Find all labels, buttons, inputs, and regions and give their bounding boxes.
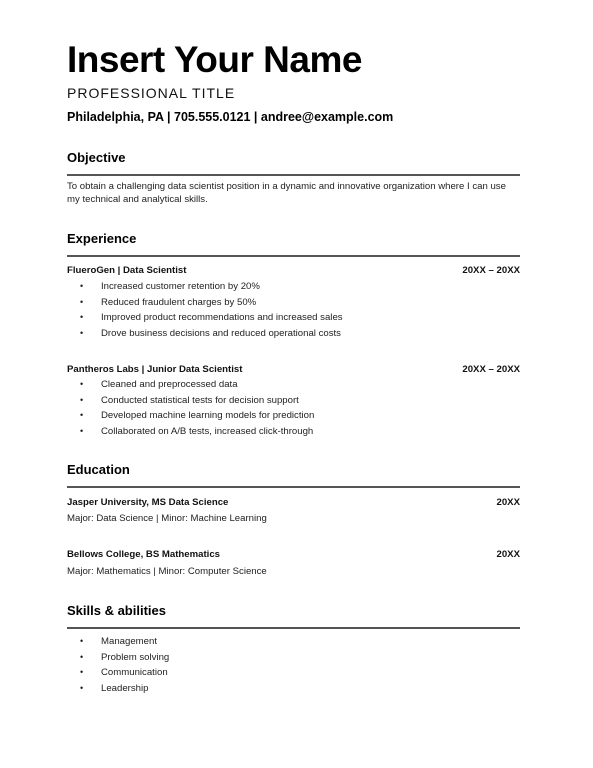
section-divider bbox=[67, 627, 520, 629]
professional-title: PROFESSIONAL TITLE bbox=[67, 84, 235, 102]
bullet-icon: • bbox=[80, 279, 83, 295]
job-dates: 20XX – 20XX bbox=[462, 265, 520, 277]
list-item: •Increased customer retention by 20% bbox=[67, 279, 343, 295]
job-title: Pantheros Labs | Junior Data Scientist bbox=[67, 364, 242, 375]
job-dates: 20XX – 20XX bbox=[462, 364, 520, 376]
bullet-icon: • bbox=[80, 424, 83, 440]
bullet-icon: • bbox=[80, 310, 83, 326]
job-bullets: •Cleaned and preprocessed data •Conducte… bbox=[67, 377, 314, 439]
degree: Jasper University, MS Data Science bbox=[67, 497, 228, 508]
objective-text: To obtain a challenging data scientist p… bbox=[67, 181, 520, 206]
list-item: •Developed machine learning models for p… bbox=[67, 408, 314, 424]
section-divider bbox=[67, 255, 520, 257]
list-item: •Problem solving bbox=[67, 650, 169, 666]
list-item: •Collaborated on A/B tests, increased cl… bbox=[67, 424, 314, 440]
degree: Bellows College, BS Mathematics bbox=[67, 549, 220, 560]
job-entry-header: Pantheros Labs | Junior Data Scientist 2… bbox=[67, 364, 520, 376]
job-entry-header: FlueroGen | Data Scientist 20XX – 20XX bbox=[67, 265, 520, 277]
skills-list: •Management •Problem solving •Communicat… bbox=[67, 634, 169, 696]
section-divider bbox=[67, 486, 520, 488]
bullet-icon: • bbox=[80, 665, 83, 681]
list-item: •Improved product recommendations and in… bbox=[67, 310, 343, 326]
list-item: •Reduced fraudulent charges by 50% bbox=[67, 295, 343, 311]
graduation-year: 20XX bbox=[497, 549, 520, 561]
bullet-icon: • bbox=[80, 681, 83, 697]
bullet-icon: • bbox=[80, 326, 83, 342]
list-item: •Leadership bbox=[67, 681, 169, 697]
school-detail: Major: Data Science | Minor: Machine Lea… bbox=[67, 513, 267, 525]
graduation-year: 20XX bbox=[497, 497, 520, 509]
list-item: •Management bbox=[67, 634, 169, 650]
bullet-icon: • bbox=[80, 650, 83, 666]
list-item: •Drove business decisions and reduced op… bbox=[67, 326, 343, 342]
bullet-icon: • bbox=[80, 408, 83, 424]
school-detail: Major: Mathematics | Minor: Computer Sci… bbox=[67, 566, 267, 578]
job-title: FlueroGen | Data Scientist bbox=[67, 265, 186, 276]
list-item: •Conducted statistical tests for decisio… bbox=[67, 393, 314, 409]
section-divider bbox=[67, 174, 520, 176]
candidate-name: Insert Your Name bbox=[67, 38, 362, 82]
job-bullets: •Increased customer retention by 20% •Re… bbox=[67, 279, 343, 341]
experience-heading: Experience bbox=[67, 231, 136, 247]
bullet-icon: • bbox=[80, 393, 83, 409]
school-entry-header: Bellows College, BS Mathematics 20XX bbox=[67, 549, 520, 561]
school-entry-header: Jasper University, MS Data Science 20XX bbox=[67, 497, 520, 509]
bullet-icon: • bbox=[80, 295, 83, 311]
education-heading: Education bbox=[67, 462, 130, 478]
objective-heading: Objective bbox=[67, 150, 126, 166]
list-item: •Communication bbox=[67, 665, 169, 681]
list-item: •Cleaned and preprocessed data bbox=[67, 377, 314, 393]
skills-heading: Skills & abilities bbox=[67, 603, 166, 619]
bullet-icon: • bbox=[80, 634, 83, 650]
contact-info: Philadelphia, PA | 705.555.0121 | andree… bbox=[67, 108, 393, 126]
bullet-icon: • bbox=[80, 377, 83, 393]
